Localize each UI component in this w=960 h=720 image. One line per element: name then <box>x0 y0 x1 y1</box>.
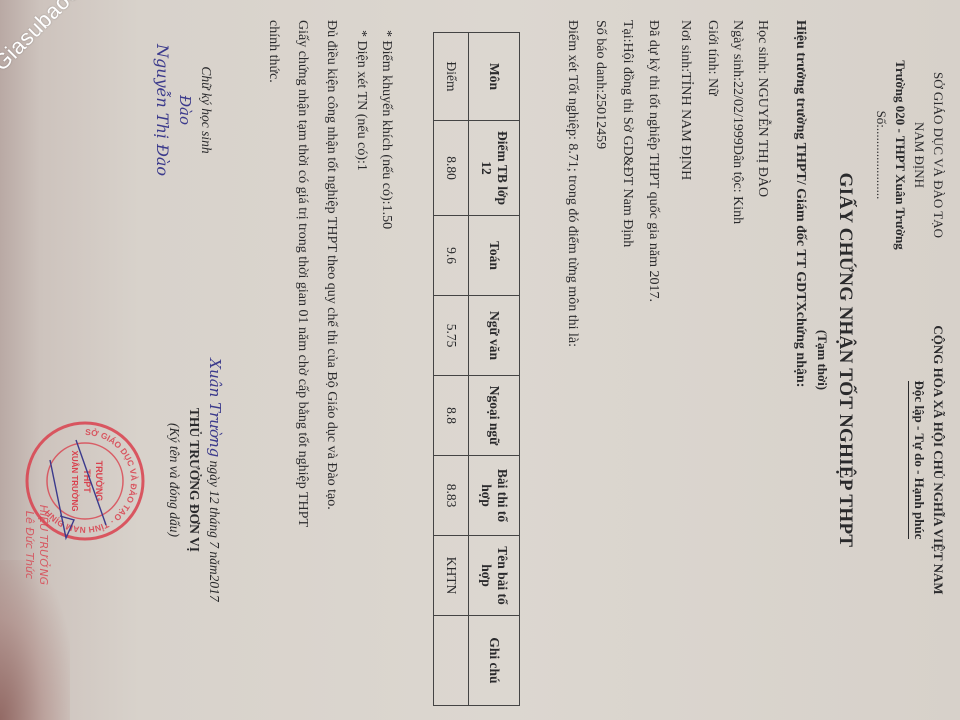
student-name-handwritten: Nguyễn Thị Đào <box>153 40 172 180</box>
signer-role: THỦ TRƯỞNG ĐƠN VỊ <box>186 330 202 630</box>
exam-statement: Đã dự kỳ thi tốt nghiệp THPT quốc gia nă… <box>645 20 661 302</box>
document-title: GIẤY CHỨNG NHẬN TỐT NGHIỆP THPT <box>834 0 856 720</box>
national-motto: Độc lập - Tự do - Hạnh phúc <box>908 381 929 540</box>
gender: Giới tính: Nữ <box>704 20 720 96</box>
eligibility-statement: Đủ điều kiện công nhận tốt nghiệp THPT t… <box>323 20 339 510</box>
date-of-birth: Ngày sinh:22/02/1999Dân tộc: Kinh <box>729 20 745 224</box>
table-row: Điểm 8.80 9.6 5.75 8.8 8.83 KHTN <box>434 33 469 706</box>
header-right: CỘNG HÒA XÃ HỘI CHỦ NGHĨA VIỆT NAM Độc l… <box>908 300 948 620</box>
table-header: Toán <box>469 216 520 296</box>
student-signature-block: Chữ ký học sinh Đào Nguyễn Thị Đào <box>153 40 214 180</box>
student-name: Học sinh: NGUYỄN THỊ ĐÀO <box>754 20 770 197</box>
table-cell: KHTN <box>434 536 469 616</box>
table-header: Môn <box>469 33 520 121</box>
bonus-points: * Điểm khuyến khích (nếu có):1.50 <box>378 30 394 229</box>
table-cell <box>434 616 469 706</box>
table-header: Tên bài tổ hợp <box>469 536 520 616</box>
table-header: Ngữ văn <box>469 296 520 376</box>
department-province: NAM ĐỊNH <box>910 40 929 270</box>
birthplace: Nơi sinh:TỈNH NAM ĐỊNH <box>677 20 693 180</box>
stamp-caption-name: Lê Đức Thức <box>22 480 36 610</box>
table-cell: 5.75 <box>434 296 469 376</box>
table-header: Bài thi tổ hợp <box>469 456 520 536</box>
stamp-caption: HIỆU TRƯỞNG Lê Đức Thức <box>22 480 50 610</box>
student-signature: Đào <box>176 40 194 180</box>
stamp-caption-title: HIỆU TRƯỞNG <box>36 480 50 610</box>
document-subtitle: (Tạm thời) <box>814 0 830 720</box>
exam-venue: Tại:Hội đồng thi Sở GD&ĐT Nam Định <box>619 20 635 247</box>
issue-date: Xuân Trường ngày 12 tháng 7 năm2017 <box>206 330 224 630</box>
intro-line: Hiệu trưởng trường THPT/ Giám đốc TT GDT… <box>792 20 808 387</box>
validity-statement: Giấy chứng nhận tạm thời có giá trị tron… <box>294 20 310 527</box>
table-cell: Điểm <box>434 33 469 121</box>
certificate-page: SỞ GIÁO DỤC VÀ ĐÀO TẠO NAM ĐỊNH Trường 0… <box>0 0 960 720</box>
table-cell: 9.6 <box>434 216 469 296</box>
stamp-inner-text: XUÂN TRƯỜNG <box>70 450 79 511</box>
table-header: Ngoại ngữ <box>469 376 520 456</box>
department-name: SỞ GIÁO DỤC VÀ ĐÀO TẠO <box>929 40 948 270</box>
table-header-row: Môn Điểm TB lớp 12 Toán Ngữ văn Ngoại ng… <box>469 33 520 706</box>
table-cell: 8.8 <box>434 376 469 456</box>
student-signature-label: Chữ ký học sinh <box>198 40 214 180</box>
school-name: Trường 020 - THPT Xuân Trường <box>891 40 910 270</box>
score-summary: Điểm xét Tốt nghiệp: 8.71; trong đó điểm… <box>564 20 580 347</box>
table-cell: 8.80 <box>434 121 469 216</box>
issue-date-text: ngày 12 tháng 7 năm2017 <box>207 461 222 602</box>
issue-place-handwritten: Xuân Trường <box>206 358 224 457</box>
validity-statement-cont: chính thức. <box>265 20 281 83</box>
principal-signature-block: Xuân Trường ngày 12 tháng 7 năm2017 THỦ … <box>166 330 224 630</box>
candidate-number: Số báo danh:25012459 <box>592 20 608 149</box>
table-cell: 8.83 <box>434 456 469 536</box>
eligibility-category: * Diện xét TN (nếu có):1 <box>353 30 369 171</box>
table-header: Ghi chú <box>469 616 520 706</box>
scores-table: Môn Điểm TB lớp 12 Toán Ngữ văn Ngoại ng… <box>433 32 520 706</box>
nation-name: CỘNG HÒA XÃ HỘI CHỦ NGHĨA VIỆT NAM <box>929 300 948 620</box>
header-left: SỞ GIÁO DỤC VÀ ĐÀO TẠO NAM ĐỊNH Trường 0… <box>872 40 948 270</box>
table-header: Điểm TB lớp 12 <box>469 121 520 216</box>
signer-hint: (Ký tên và đóng dấu) <box>166 330 182 630</box>
document-number: Số:...................... <box>872 40 891 270</box>
